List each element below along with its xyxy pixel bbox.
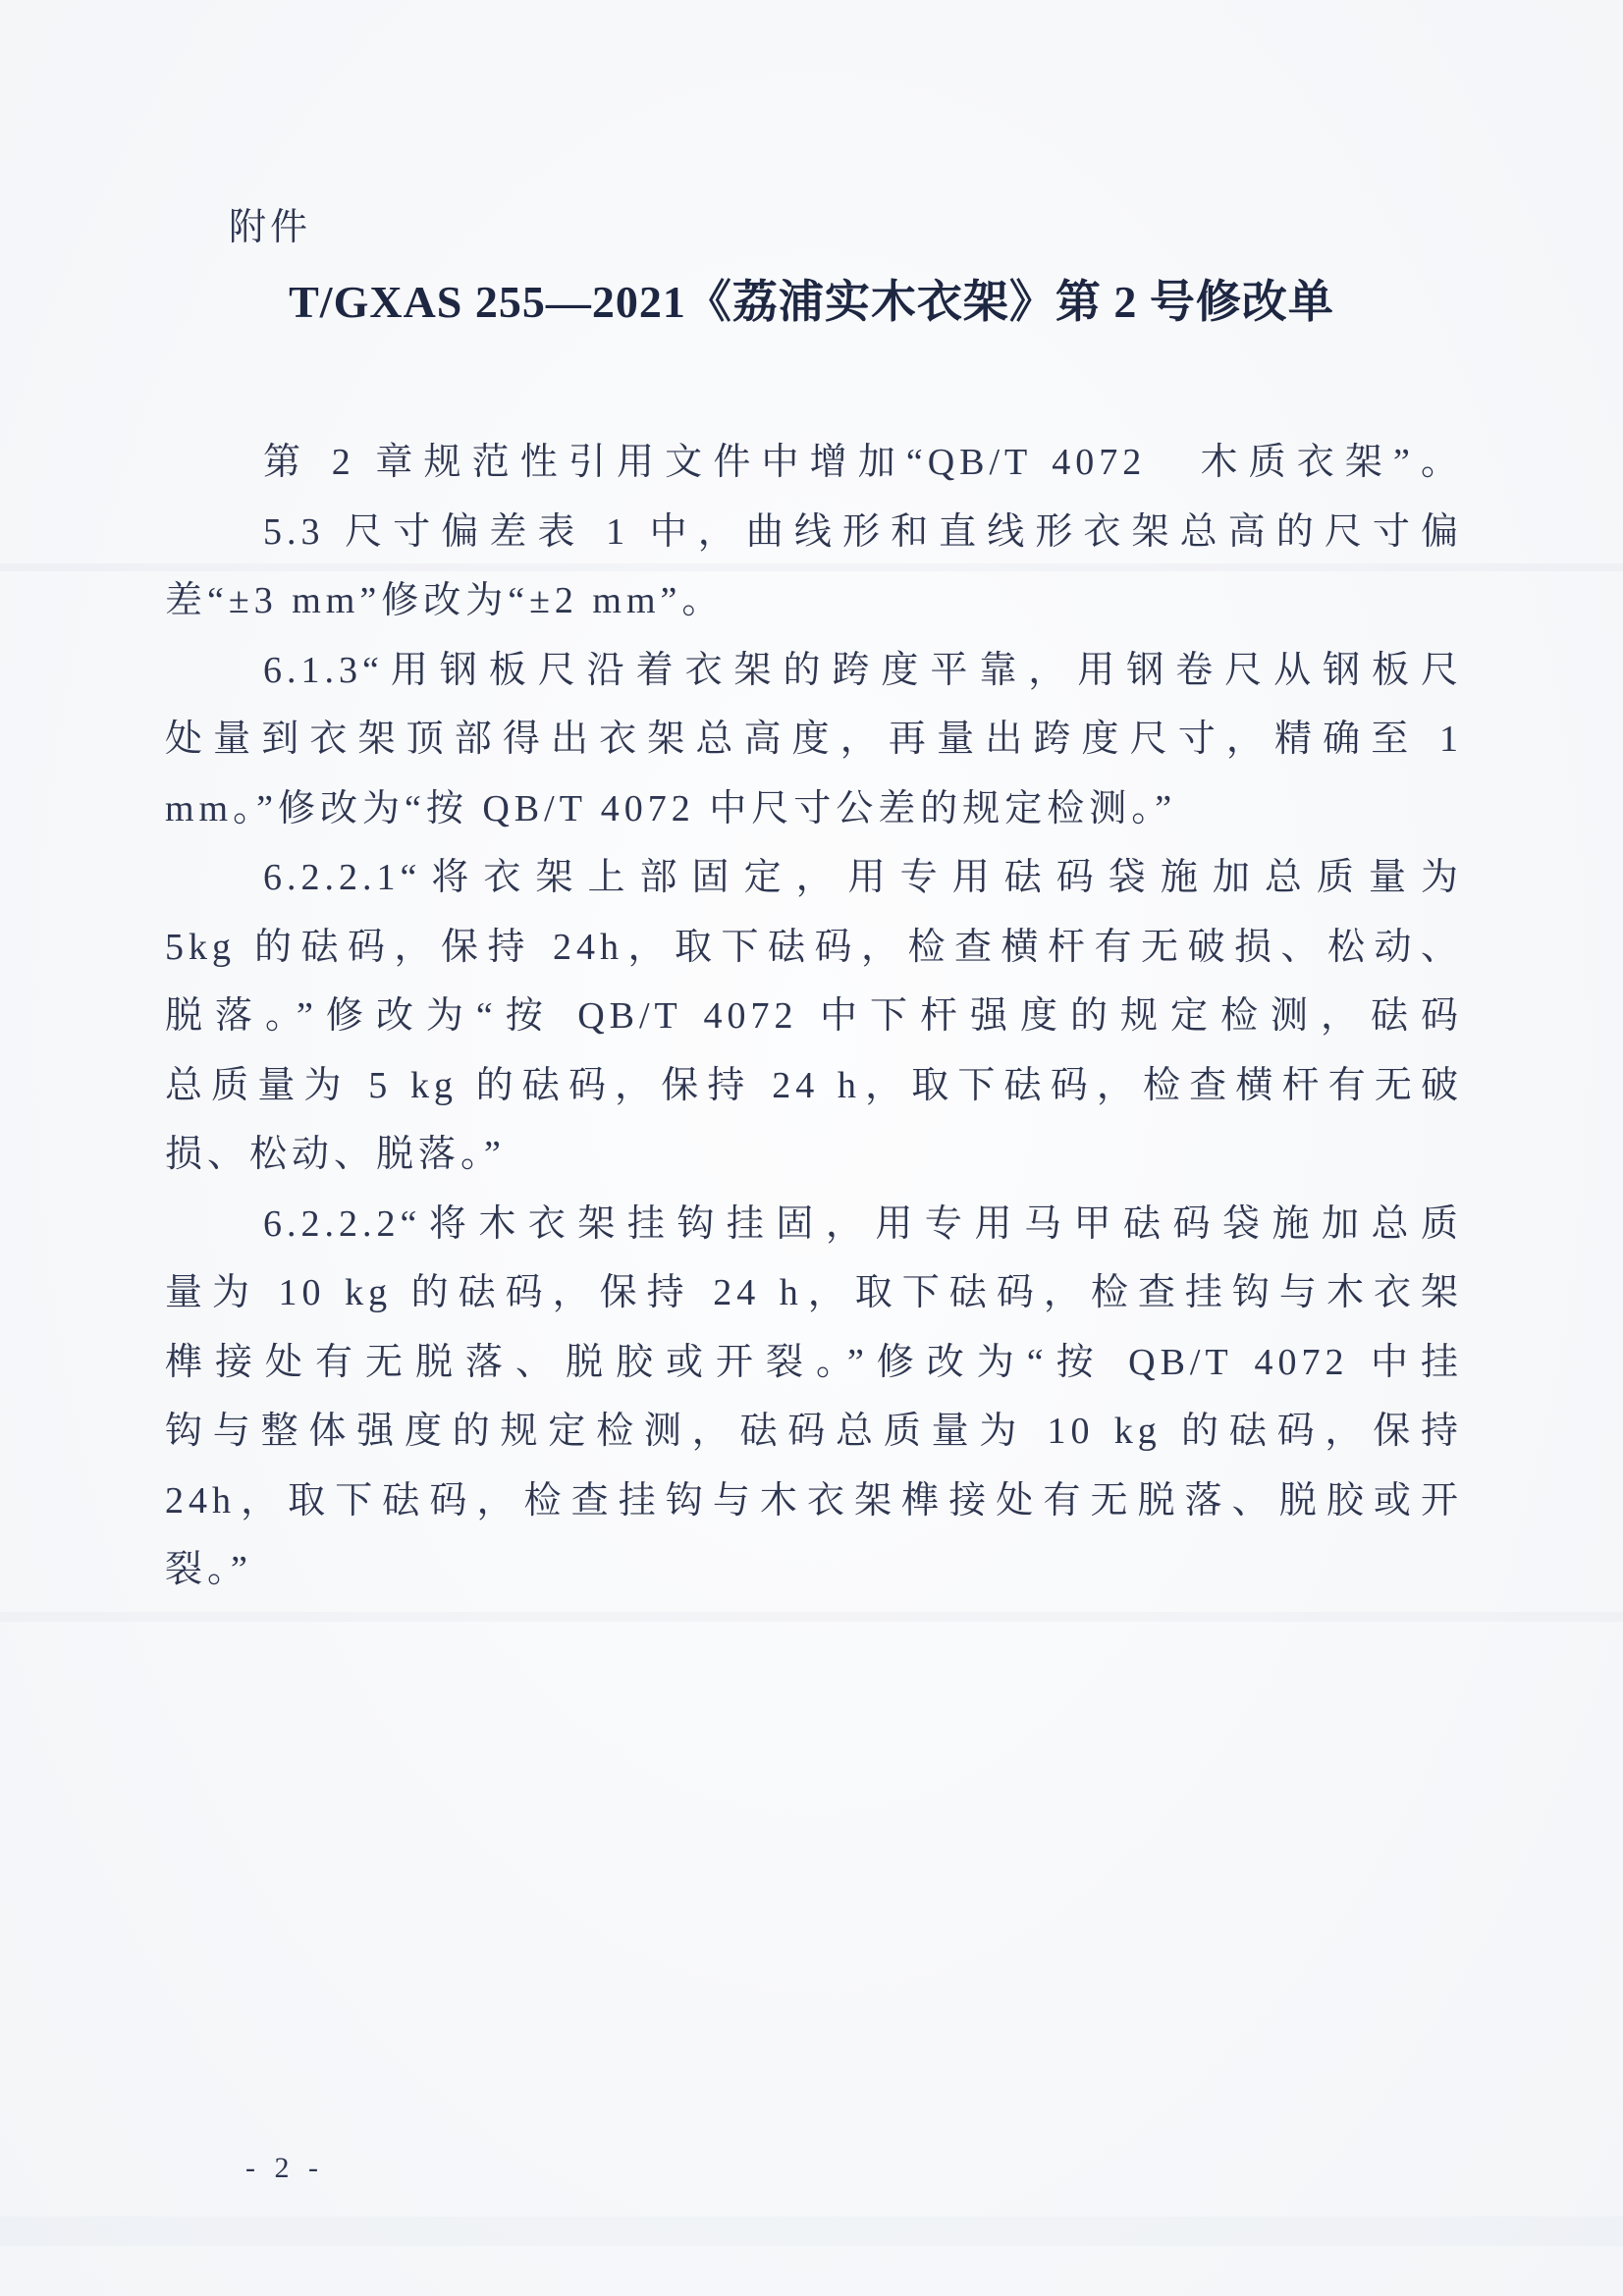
document-line: 总质量为 5 kg 的砝码，保持 24 h，取下砝码，检查横杆有无破: [165, 1051, 1463, 1121]
document-line: 6.2.2.1“将衣架上部固定，用专用砝码袋施加总质量为: [165, 843, 1463, 913]
scan-artifact: [0, 2216, 1623, 2246]
document-line: 量为 10 kg 的砝码，保持 24 h，取下砝码，检查挂钩与木衣架: [165, 1258, 1463, 1328]
attachment-label: 附件: [229, 206, 311, 249]
document-line: 脱落。”修改为“按 QB/T 4072 中下杆强度的规定检测，砝码: [165, 982, 1463, 1051]
document-line: 5kg 的砝码，保持 24h，取下砝码，检查横杆有无破损、松动、: [165, 913, 1463, 983]
scan-artifact: [0, 1612, 1623, 1622]
document-line: 6.1.3“用钢板尺沿着衣架的跨度平靠，用钢卷尺从钢板尺: [165, 636, 1463, 706]
document-body: 第 2 章规范性引用文件中增加“QB/T 4072 木质衣架”。5.3 尺寸偏差…: [165, 428, 1463, 1605]
document-line: 24h，取下砝码，检查挂钩与木衣架榫接处有无脱落、脱胶或开: [165, 1467, 1463, 1536]
document-line: 6.2.2.2“将木衣架挂钩挂固，用专用马甲砝码袋施加总质: [165, 1190, 1463, 1259]
document-line: 第 2 章规范性引用文件中增加“QB/T 4072 木质衣架”。: [165, 428, 1463, 498]
document-line: 5.3 尺寸偏差表 1 中，曲线形和直线形衣架总高的尺寸偏: [165, 498, 1463, 567]
document-line: 裂。”: [165, 1535, 1463, 1605]
page-number: - 2 -: [245, 2152, 324, 2185]
document-line: 差“±3 mm”修改为“±2 mm”。: [165, 566, 1463, 636]
document-page: 附件 T/GXAS 255—2021《荔浦实木衣架》第 2 号修改单 第 2 章…: [0, 0, 1623, 2296]
document-line: mm。”修改为“按 QB/T 4072 中尺寸公差的规定检测。”: [165, 774, 1463, 844]
document-line: 处量到衣架顶部得出衣架总高度，再量出跨度尺寸，精确至 1: [165, 705, 1463, 774]
document-title: T/GXAS 255—2021《荔浦实木衣架》第 2 号修改单: [0, 275, 1623, 330]
document-line: 钩与整体强度的规定检测，砝码总质量为 10 kg 的砝码，保持: [165, 1397, 1463, 1467]
document-line: 损、松动、脱落。”: [165, 1120, 1463, 1190]
document-line: 榫接处有无脱落、脱胶或开裂。”修改为“按 QB/T 4072 中挂: [165, 1328, 1463, 1398]
